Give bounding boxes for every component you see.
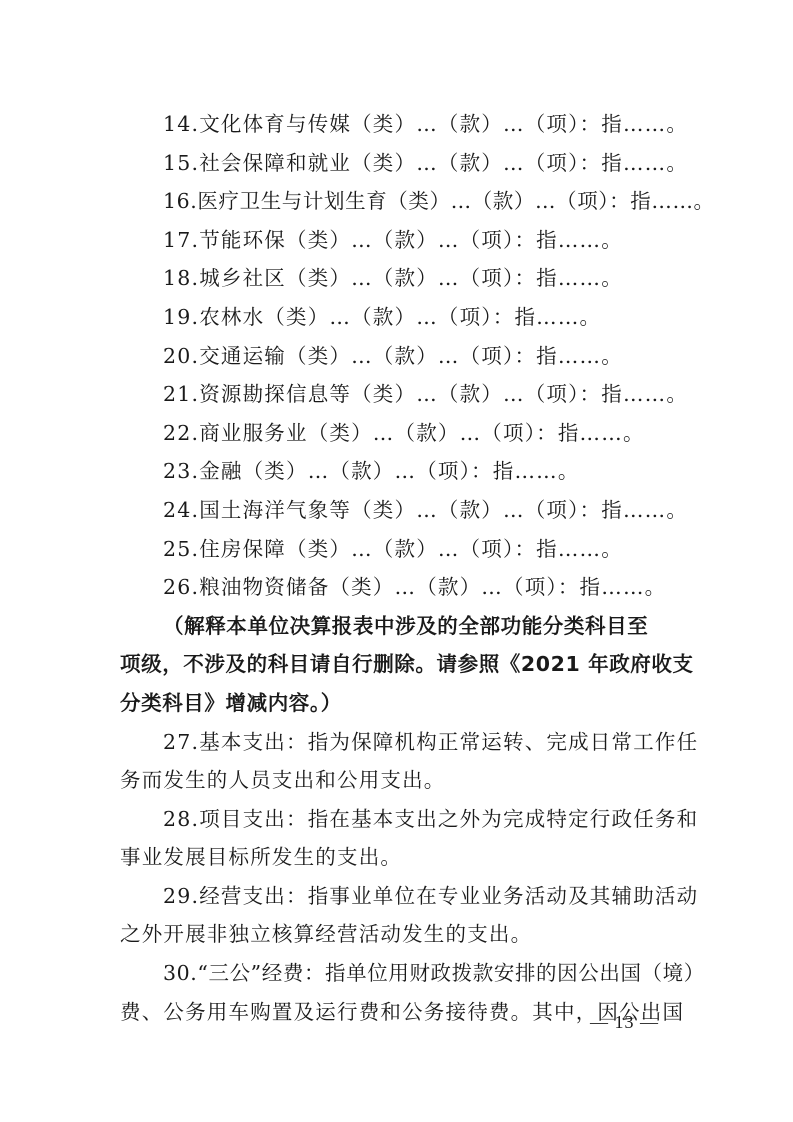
definition-line: 29.经营支出：指事业单位在专业业务活动及其辅助活动 — [120, 877, 672, 916]
list-item: 25.住房保障（类）…（款）…（项）：指……。 — [120, 530, 672, 569]
list-item: 16.医疗卫生与计划生育（类）…（款）…（项）：指……。 — [120, 182, 672, 221]
definition-line: 务而发生的人员支出和公用支出。 — [120, 761, 672, 800]
note-line: （解释本单位决算报表中涉及的全部功能分类科目至 — [120, 607, 672, 646]
definition-project-expenditure: 28.项目支出：指在基本支出之外为完成特定行政任务和 事业发展目标所发生的支出。 — [120, 800, 672, 877]
page-number: — 13 — — [590, 1012, 659, 1033]
list-item: 23.金融（类）…（款）…（项）：指……。 — [120, 452, 672, 491]
list-item: 22.商业服务业（类）…（款）…（项）：指……。 — [120, 414, 672, 453]
definition-line: 27.基本支出：指为保障机构正常运转、完成日常工作任 — [120, 723, 672, 762]
definition-line: 28.项目支出：指在基本支出之外为完成特定行政任务和 — [120, 800, 672, 839]
document-page: 14.文化体育与传媒（类）…（款）…（项）：指……。 15.社会保障和就业（类）… — [120, 105, 672, 1031]
definition-basic-expenditure: 27.基本支出：指为保障机构正常运转、完成日常工作任 务而发生的人员支出和公用支… — [120, 723, 672, 800]
note-line: 分类科目》增减内容。） — [120, 684, 672, 723]
instruction-note: （解释本单位决算报表中涉及的全部功能分类科目至 项级，不涉及的科目请自行删除。请… — [120, 607, 672, 723]
definition-line: 事业发展目标所发生的支出。 — [120, 838, 672, 877]
definition-operating-expenditure: 29.经营支出：指事业单位在专业业务活动及其辅助活动 之外开展非独立核算经营活动… — [120, 877, 672, 954]
definition-line: 之外开展非独立核算经营活动发生的支出。 — [120, 915, 672, 954]
list-item: 21.资源勘探信息等（类）…（款）…（项）：指……。 — [120, 375, 672, 414]
list-item: 18.城乡社区（类）…（款）…（项）：指……。 — [120, 259, 672, 298]
list-item: 14.文化体育与传媒（类）…（款）…（项）：指……。 — [120, 105, 672, 144]
list-item: 24.国土海洋气象等（类）…（款）…（项）：指……。 — [120, 491, 672, 530]
list-item: 26.粮油物资储备（类）…（款）…（项）：指……。 — [120, 568, 672, 607]
list-item: 15.社会保障和就业（类）…（款）…（项）：指……。 — [120, 144, 672, 183]
definition-line: 30.“三公”经费：指单位用财政拨款安排的因公出国（境） — [120, 954, 672, 993]
note-line: 项级，不涉及的科目请自行删除。请参照《2021 年政府收支 — [120, 645, 672, 684]
list-item: 17.节能环保（类）…（款）…（项）：指……。 — [120, 221, 672, 260]
list-item: 20.交通运输（类）…（款）…（项）：指……。 — [120, 337, 672, 376]
list-item: 19.农林水（类）…（款）…（项）：指……。 — [120, 298, 672, 337]
